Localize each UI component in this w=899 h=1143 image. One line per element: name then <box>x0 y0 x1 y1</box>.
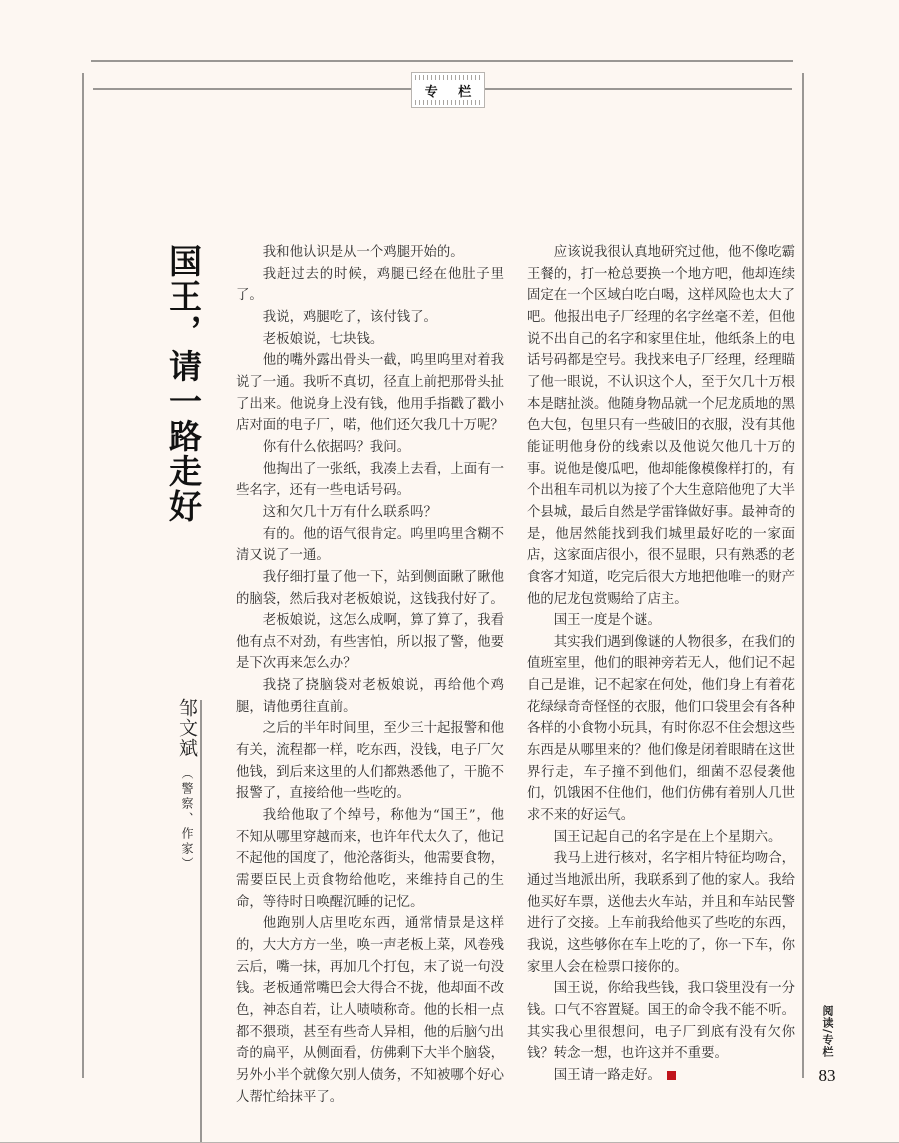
final-paragraph-text: 国王请一路走好。 <box>554 1068 661 1083</box>
header-rule-left <box>93 88 411 90</box>
end-mark-icon <box>667 1071 676 1080</box>
paragraph: 国王记起自己的名字是在上个星期六。 <box>527 827 795 849</box>
paragraph: 他掏出了一张纸，我凑上去看，上面有一些名字，还有一些电话号码。 <box>236 459 504 502</box>
paragraph: 国王说，你给我些钱，我口袋里没有一分钱。口气不容置疑。国王的命令我不能不听。其实… <box>527 978 795 1065</box>
paragraph: 他的嘴外露出骨头一截，呜里呜里对着我说了一通。我听不真切，径直上前把那骨头扯了出… <box>236 350 504 437</box>
author-byline: 邹文斌 （警察、作家） <box>176 698 198 872</box>
paragraph: 我赶过去的时候，鸡腿已经在他肚子里了。 <box>236 264 504 307</box>
byline-rule <box>200 700 202 1143</box>
paragraph: 老板娘说，七块钱。 <box>236 329 504 351</box>
paragraph: 老板娘说，这怎么成啊，算了算了，我看他有点不对劲，有些害怕，所以报了警，他要是下… <box>236 610 504 675</box>
article-column-2: 应该说我很认真地研究过他，他不像吃霸王餐的，打一枪总要换一个地方吧，他却连续固定… <box>527 242 795 1087</box>
author-role: （警察、作家） <box>180 767 194 872</box>
article-column-1: 我和他认识是从一个鸡腿开始的。 我赶过去的时候，鸡腿已经在他肚子里了。 我说，鸡… <box>236 242 504 1108</box>
folio: 阅读/专栏 83 <box>812 1005 842 1086</box>
article-title: 国王，请一路走好 <box>168 244 204 524</box>
author-name: 邹文斌 <box>176 698 198 758</box>
paragraph: 我仔细打量了他一下，站到侧面瞅了瞅他的脑袋，然后我对老板娘说，这钱我付好了。 <box>236 567 504 610</box>
page-number: 83 <box>812 1066 842 1086</box>
paragraph: 这和欠几十万有什么联系吗？ <box>236 502 504 524</box>
right-frame-rule <box>802 73 804 1078</box>
column-badge: 专 栏 <box>411 72 485 108</box>
paragraph: 我给他取了个绰号，称他为“国王”，他不知从哪里穿越而来，也许年代太久了，他记不起… <box>236 805 504 913</box>
paragraph: 之后的半年时间里，至少三十起报警和他有关，流程都一样，吃东西，没钱，电子厂欠他钱… <box>236 718 504 805</box>
left-frame-rule <box>82 73 84 1078</box>
paragraph: 有的。他的语气很肯定。呜里呜里含糊不清又说了一通。 <box>236 524 504 567</box>
paragraph: 我马上进行核对，名字相片特征均吻合，通过当地派出所，我联系到了他的家人。我给他买… <box>527 848 795 978</box>
column-label: 专 栏 <box>417 81 480 100</box>
paragraph: 我和他认识是从一个鸡腿开始的。 <box>236 242 504 264</box>
header-rule-right <box>485 88 792 90</box>
paragraph: 他跑别人店里吃东西，通常情景是这样的，大大方方一坐，唤一声老板上菜，风卷残云后，… <box>236 913 504 1108</box>
paragraph: 我挠了挠脑袋对老板娘说，再给他个鸡腿，请他勇往直前。 <box>236 675 504 718</box>
paragraph: 其实我们遇到像谜的人物很多，在我们的值班室里，他们的眼神旁若无人，他们记不起自己… <box>527 632 795 827</box>
paragraph: 你有什么依据吗？我问。 <box>236 437 504 459</box>
paragraph: 应该说我很认真地研究过他，他不像吃霸王餐的，打一枪总要换一个地方吧，他却连续固定… <box>527 242 795 610</box>
paragraph: 国王一度是个谜。 <box>527 610 795 632</box>
final-paragraph: 国王请一路走好。 <box>527 1065 795 1087</box>
section-label: 阅读/专栏 <box>819 1005 835 1058</box>
top-rule <box>91 60 793 62</box>
paragraph: 我说，鸡腿吃了，该付钱了。 <box>236 307 504 329</box>
